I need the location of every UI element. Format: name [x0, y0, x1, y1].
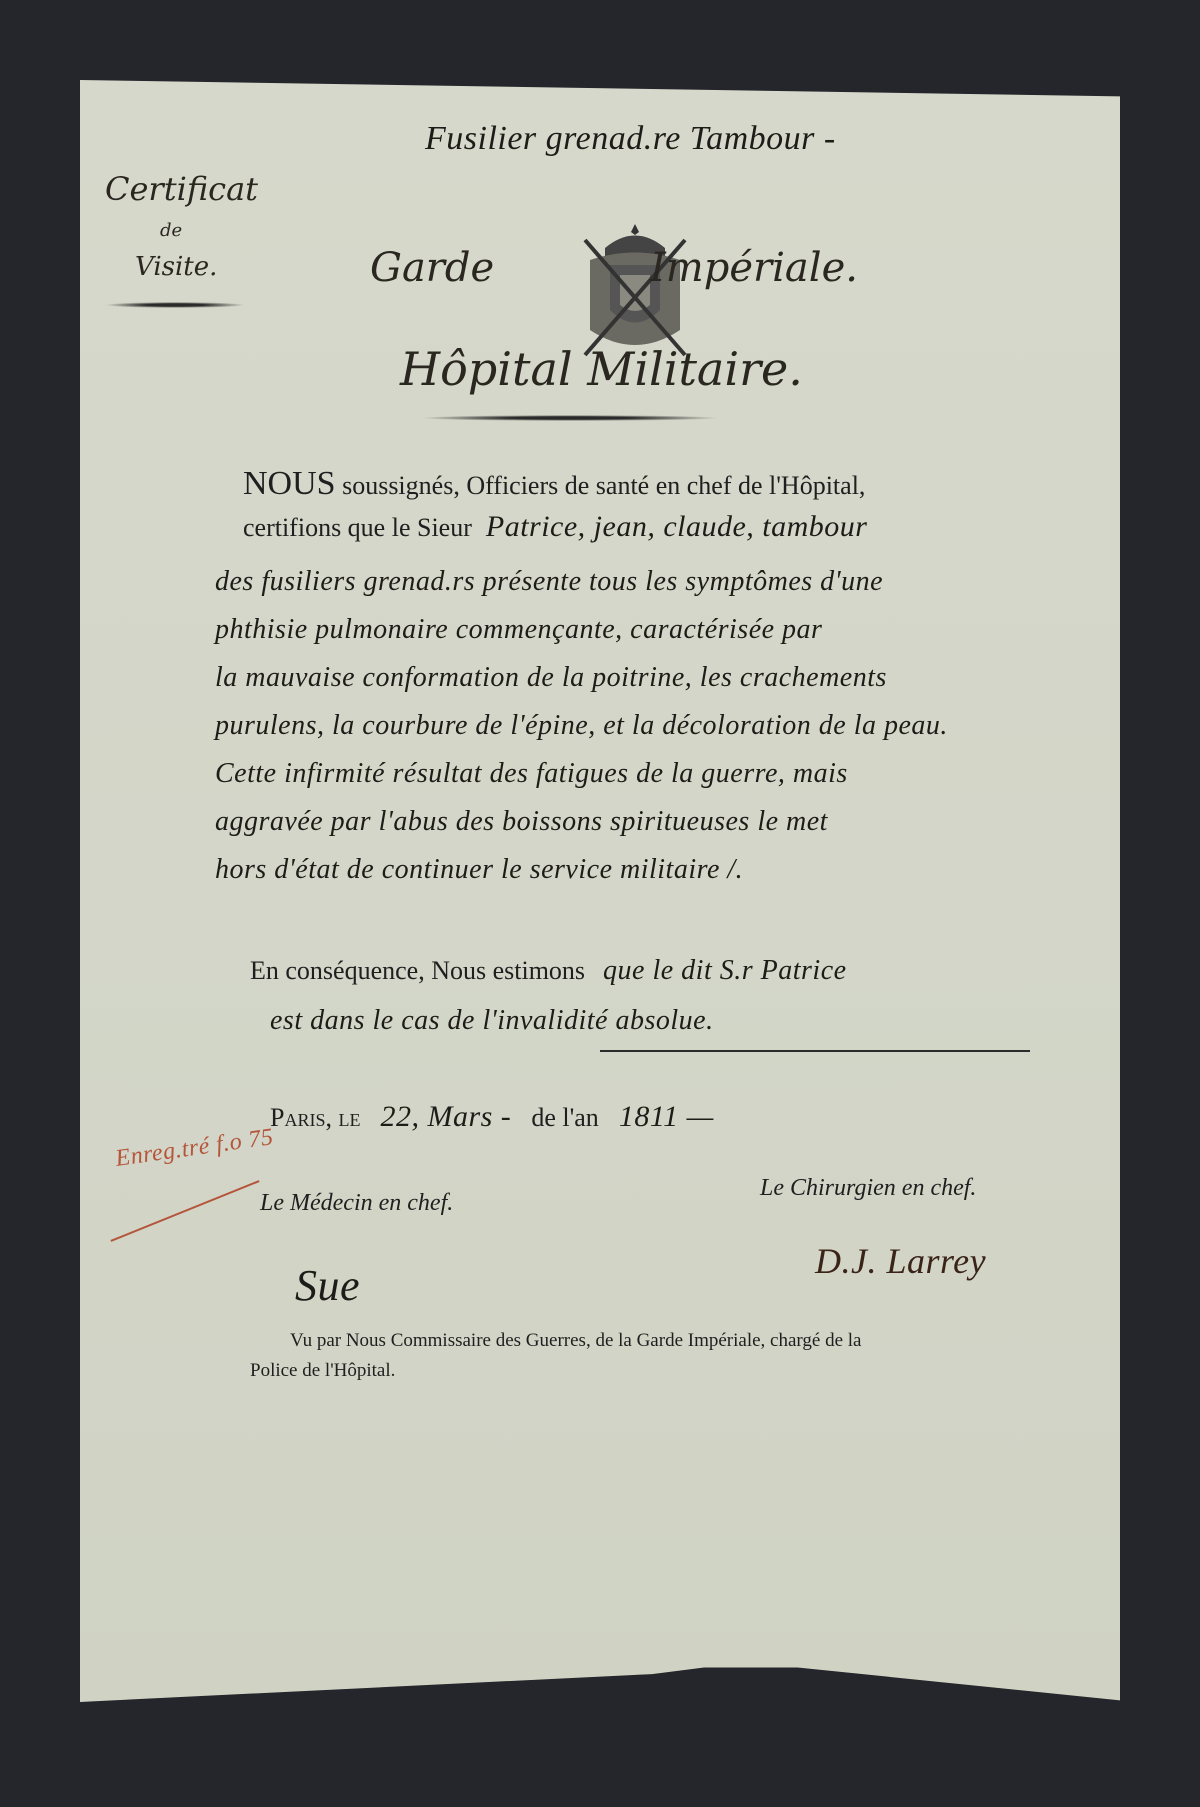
- date-line: Paris, le 22, Mars - de l'an 1811 —: [270, 1100, 714, 1134]
- medecin-title: Le Médecin en chef.: [260, 1190, 453, 1217]
- conclusion-hand2: est dans le cas de l'invalidité absolue.: [270, 1005, 714, 1037]
- conclusion-hand1: que le dit S.r Patrice: [603, 955, 847, 986]
- body-line1-text: soussignés, Officiers de santé en chef d…: [342, 471, 865, 500]
- diagnosis-text: des fusiliers grenad.rs présente tous le…: [215, 558, 1115, 894]
- margin-note-flourish: [110, 1180, 259, 1242]
- conclusion-line1: En conséquence, Nous estimons que le dit…: [250, 955, 847, 987]
- top-note: Fusilier grenad.re Tambour -: [425, 120, 836, 158]
- side-title-line2: de: [160, 220, 182, 241]
- side-title-line1: Certificat: [105, 170, 258, 208]
- body-line1: NOUS soussignés, Officiers de santé en c…: [243, 465, 865, 503]
- hand-line: des fusiliers grenad.rs présente tous le…: [215, 558, 1115, 606]
- subtitle-rule: [420, 415, 720, 421]
- lead-caps: NOUS: [243, 465, 336, 502]
- footer-line2: Police de l'Hôpital.: [250, 1360, 395, 1382]
- hand-line: aggravée par l'abus des boissons spiritu…: [215, 798, 1115, 846]
- header-right: Impériale.: [650, 245, 858, 291]
- hand-line: hors d'état de continuer le service mili…: [215, 846, 1115, 894]
- side-title-underline: [105, 302, 245, 308]
- conclusion-rule: [600, 1050, 1030, 1052]
- body-line2-print: certifions que le Sieur: [243, 513, 472, 542]
- year-label: de l'an: [531, 1103, 599, 1132]
- margin-note: Enreg.tré f.o 75: [114, 1124, 275, 1173]
- hand-line: la mauvaise conformation de la poitrine,…: [215, 654, 1115, 702]
- conclusion-print: En conséquence, Nous estimons: [250, 956, 585, 985]
- hospital-subtitle: Hôpital Militaire.: [400, 342, 803, 396]
- patient-name: Patrice, jean, claude, tambour: [486, 510, 868, 543]
- date-day-month: 22, Mars -: [380, 1100, 511, 1133]
- certificate-paper: Fusilier grenad.re Tambour - Certificat …: [80, 80, 1120, 1720]
- chirurgien-signature: D.J. Larrey: [815, 1240, 986, 1282]
- header-left: Garde: [370, 245, 494, 291]
- body-line2: certifions que le Sieur Patrice, jean, c…: [243, 510, 867, 544]
- hand-line: phthisie pulmonaire commençante, caracté…: [215, 606, 1115, 654]
- hand-line: purulens, la courbure de l'épine, et la …: [215, 702, 1115, 750]
- hand-line: Cette infirmité résultat des fatigues de…: [215, 750, 1115, 798]
- medecin-signature: Sue: [295, 1260, 360, 1311]
- side-title-line3: Visite.: [135, 252, 217, 282]
- date-year: 1811 —: [619, 1100, 714, 1133]
- chirurgien-title: Le Chirurgien en chef.: [760, 1175, 976, 1202]
- footer-line1: Vu par Nous Commissaire des Guerres, de …: [290, 1330, 861, 1352]
- date-city: Paris, le: [270, 1103, 360, 1132]
